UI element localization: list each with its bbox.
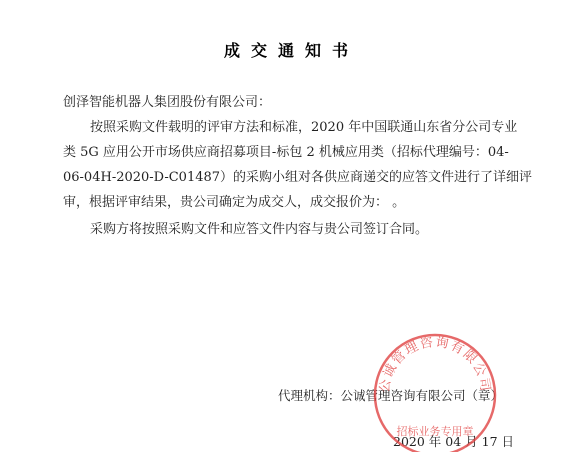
paragraph-line: 类 5G 应用公开市场供应商招募项目-标包 2 机械应用类（招标代理编号：04- (63, 140, 495, 165)
document-title: 成交通知书 (0, 38, 572, 61)
paragraph-award-details: 按照采购文件载明的评审方法和标准，2020 年中国联通山东省分公司专业 类 5G… (63, 115, 495, 215)
paragraph-line: 审，根据评审结果，贵公司确定为成交人，成交报价为： 。 (63, 190, 495, 215)
notice-page: 成交通知书 创泽智能机器人集团股份有限公司： 按照采购文件载明的评审方法和标准，… (0, 0, 572, 452)
paragraph-line: 采购方将按照采购文件和应答文件内容与贵公司签订合同。 (63, 217, 495, 242)
agency-signature-line: 代理机构：公诚管理咨询有限公司（章） (278, 386, 503, 404)
issue-date: 2020 年 04 月 17 日 (393, 432, 514, 450)
stamp-outer-text: 公诚管理咨询有限公司 (378, 335, 493, 393)
addressee: 创泽智能机器人集团股份有限公司： (63, 91, 271, 110)
paragraph-contract: 采购方将按照采购文件和应答文件内容与贵公司签订合同。 (63, 217, 495, 242)
paragraph-line: 按照采购文件载明的评审方法和标准，2020 年中国联通山东省分公司专业 (63, 115, 495, 140)
paragraph-line: 06-04H-2020-D-C01487）的采购小组对各供应商递交的应答文件进行… (63, 165, 495, 190)
svg-text:公诚管理咨询有限公司: 公诚管理咨询有限公司 (378, 335, 493, 393)
